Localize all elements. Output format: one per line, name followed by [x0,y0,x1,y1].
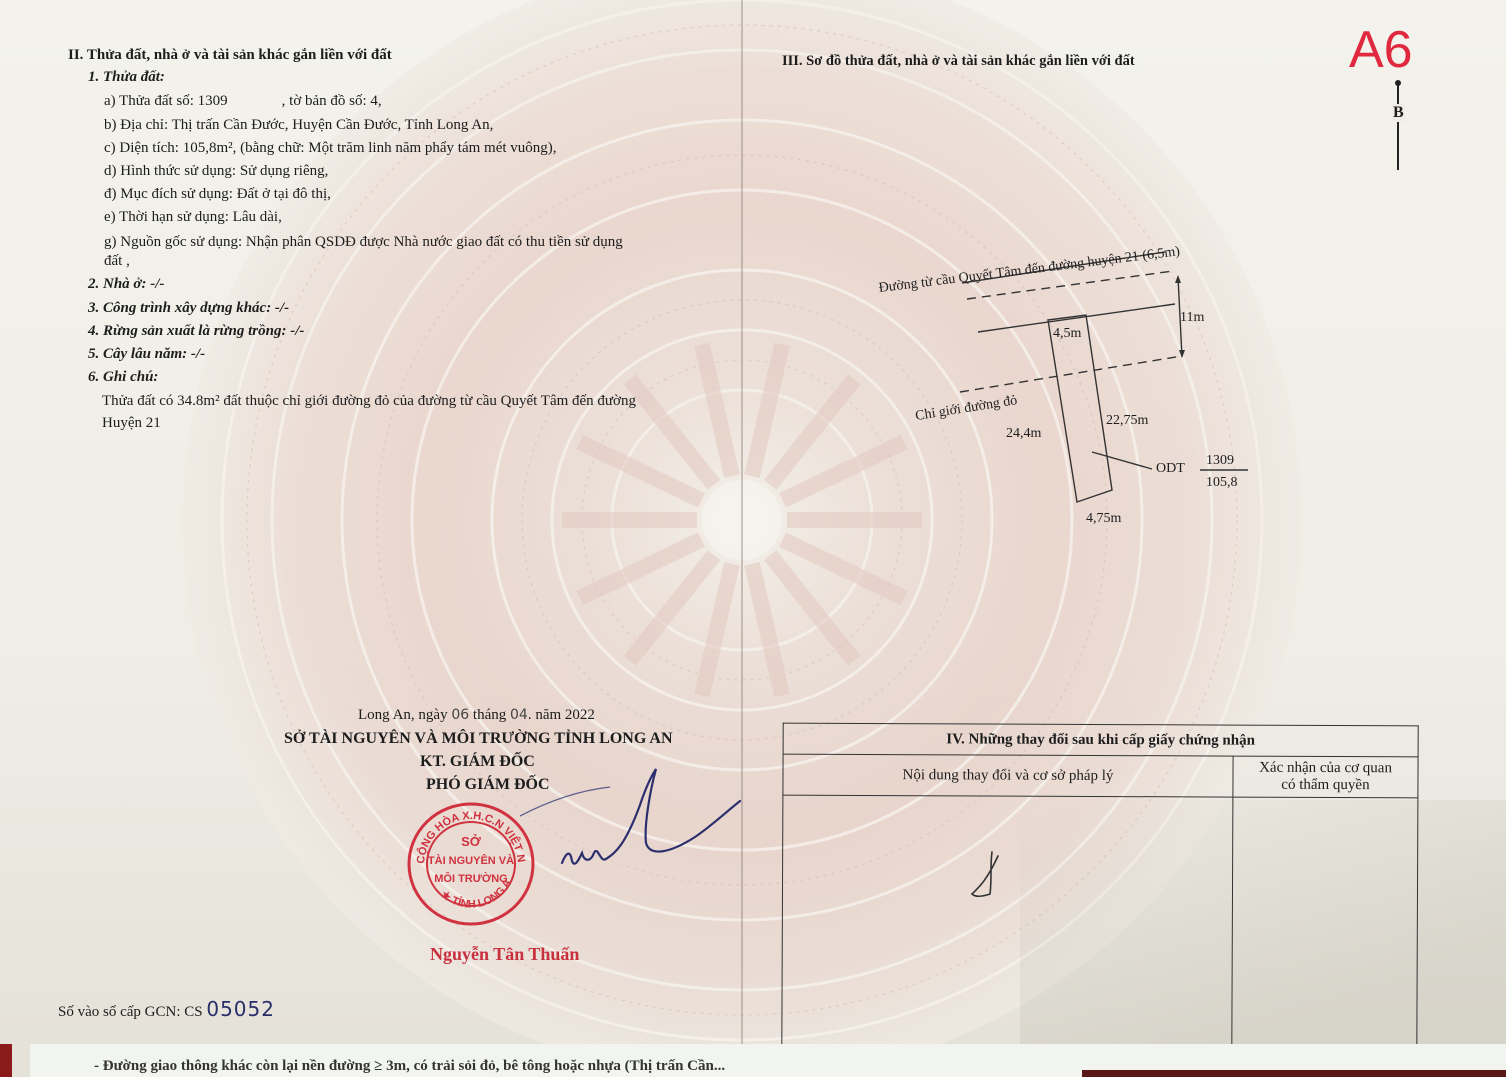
note-line-1: Thửa đất có 34.8m² đất thuộc chỉ giới đư… [102,392,636,410]
changes-col-content: Nội dung thay đổi và cơ sở pháp lý [783,754,1233,797]
north-arrow-tip [1395,80,1401,86]
svg-text:TÀI NGUYÊN VÀ: TÀI NGUYÊN VÀ [428,854,514,867]
page-badge: A6 [1349,22,1413,78]
land-heading: 1. Thửa đất: [88,68,165,86]
issuing-authority: SỞ TÀI NGUYÊN VÀ MÔI TRƯỜNG TỈNH LONG AN [284,730,673,748]
issue-day: 06 [451,707,469,723]
parcel-area-label: 105,8 [1206,474,1238,492]
north-label: B [1392,104,1405,122]
svg-text:SỞ: SỞ [461,834,482,849]
note-heading: 6. Ghi chú: [88,368,158,386]
changes-col-approval: Xác nhận của cơ quan có thẩm quyền [1233,756,1418,798]
binding-edge [0,1044,12,1077]
signer-role-1: KT. GIÁM ĐỐC [420,753,535,771]
changes-approval-cell [1232,797,1418,1055]
land-code: ODT [1156,460,1185,478]
changes-table-title: IV. Những thay đổi sau khi cấp giấy chứn… [783,723,1418,757]
changes-content-cell [782,795,1233,1054]
svg-text:MÔI TRƯỜNG: MÔI TRƯỜNG [434,872,508,885]
official-stamp: CỘNG HÒA X.H.C.N VIỆT NAM ★ TỈNH LONG AN… [404,800,538,928]
land-item-g: g) Nguồn gốc sử dụng: Nhận phân QSDĐ đượ… [104,233,623,251]
land-item-a: a) Thửa đất số: 1309, tờ bản đồ số: 4, [104,92,382,110]
issue-date: Long An, ngày 06 tháng 04. năm 2022 [358,706,595,724]
registry-number: Số vào sổ cấp GCN: CS 05052 [58,1000,275,1021]
dim-back: 4,75m [1086,510,1121,528]
signature [520,765,760,885]
land-item-e: e) Thời hạn sử dụng: Lâu dài, [104,208,282,226]
map-sheet-text: , tờ bản đồ số: 4, [282,93,382,109]
issue-month: 04 [510,707,528,723]
land-item-dd: đ) Mục đích sử dụng: Đất ở tại đô thị, [104,185,331,203]
note-line-2: Huyện 21 [102,414,161,432]
dim-left: 24,4m [1006,425,1041,443]
parcel-number-text: a) Thửa đất số: 1309 [104,93,228,109]
section-iii-title: III. Sơ đồ thửa đất, nhà ở và tài sản kh… [782,52,1135,70]
north-arrow-icon [1397,82,1399,170]
dim-setback: 11m [1180,309,1204,327]
handwritten-strike-mark [968,848,1008,900]
land-item-d: d) Hình thức sử dụng: Sử dụng riêng, [104,162,328,180]
parcel-number-label: 1309 [1206,452,1234,470]
next-sheet-text: - Đường giao thông khác còn lại nền đườn… [94,1058,725,1075]
other-construction-item: 3. Công trình xây dựng khác: -/- [88,299,289,317]
dim-front: 4,5m [1053,325,1081,343]
land-item-g-cont: đất , [104,252,130,270]
house-item: 2. Nhà ở: -/- [88,275,164,293]
perennial-tree-item: 5. Cây lâu năm: -/- [88,345,205,363]
page-fold [741,0,743,1077]
dim-right: 22,75m [1106,412,1148,430]
land-item-c: c) Diện tích: 105,8m², (bằng chữ: Một tr… [104,139,557,157]
table-edge [1082,1070,1506,1077]
land-item-b: b) Địa chỉ: Thị trấn Cần Đước, Huyện Cần… [104,116,493,134]
registry-handwritten: 05052 [206,997,275,1021]
forest-item: 4. Rừng sản xuất là rừng trồng: -/- [88,322,304,340]
section-ii-title: II. Thửa đất, nhà ở và tài sản khác gắn … [68,46,392,64]
changes-table: IV. Những thay đổi sau khi cấp giấy chứn… [781,723,1418,1056]
signer-name: Nguyễn Tân Thuấn [430,944,579,965]
